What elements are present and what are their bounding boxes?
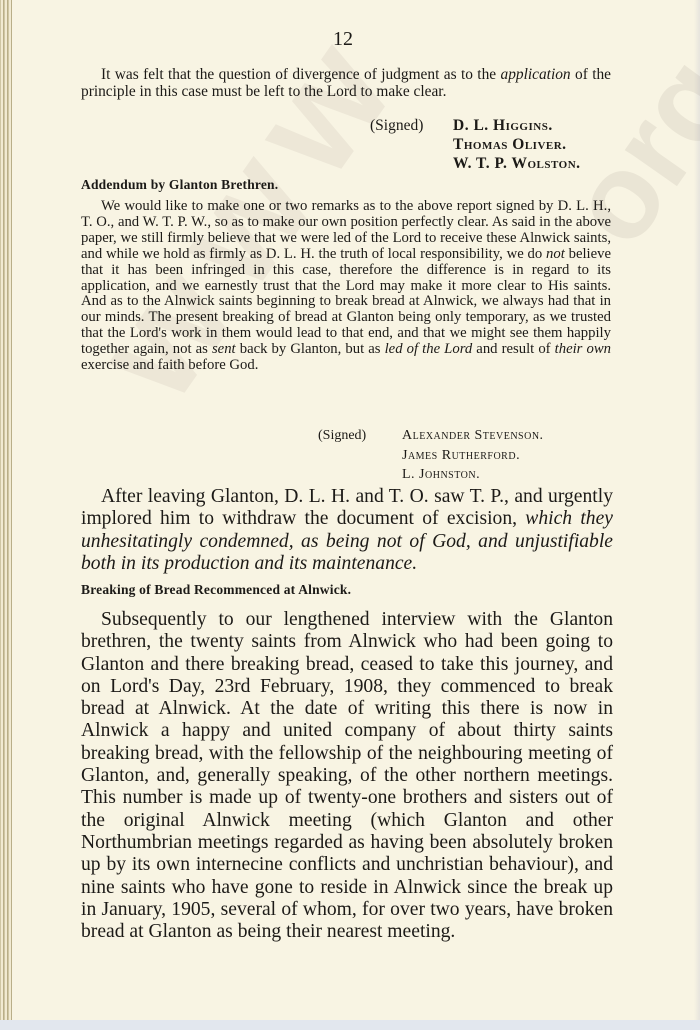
page-bottom-edge (0, 1020, 700, 1030)
intro-italic: application (501, 66, 571, 83)
signatory: Thomas Oliver. (453, 135, 581, 154)
signatories-list: Alexander Stevenson. James Rutherford. L… (402, 426, 544, 485)
book-binding-edge (0, 0, 12, 1020)
signatory: D. L. Higgins. (453, 116, 581, 135)
after-leaving-paragraph: After leaving Glanton, D. L. H. and T. O… (81, 486, 613, 575)
book-page: www org 12 It was felt that the question… (0, 0, 700, 1030)
signatories-list: D. L. Higgins. Thomas Oliver. W. T. P. W… (453, 116, 581, 173)
section-paragraph: Subsequently to our lengthened interview… (81, 609, 613, 943)
addendum-text: back by Glanton, but as (236, 341, 385, 357)
signatory: L. Johnston. (402, 465, 544, 485)
addendum-heading: Addendum by Glanton Brethren. (81, 177, 278, 193)
signatory: Alexander Stevenson. (402, 426, 544, 446)
signatory: James Rutherford. (402, 446, 544, 466)
page-number: 12 (333, 28, 353, 51)
addendum-italic: not (546, 246, 565, 262)
addendum-italic: their own (555, 341, 611, 357)
addendum-paragraph: We would like to make one or two remarks… (81, 199, 611, 374)
addendum-text: exercise and faith before God. (81, 357, 258, 373)
addendum-italic: sent (212, 341, 236, 357)
section-heading: Breaking of Bread Recommenced at Alnwick… (81, 582, 351, 598)
addendum-italic: led of the Lord (385, 341, 473, 357)
intro-paragraph: It was felt that the question of diverge… (81, 67, 611, 100)
addendum-text: and result of (472, 341, 554, 357)
signed-label: (Signed) (370, 116, 423, 135)
addendum-text: We would like to make one or two remarks… (81, 198, 611, 262)
signed-label: (Signed) (318, 426, 366, 446)
intro-text: It was felt that the question of diverge… (101, 66, 501, 83)
signatory: W. T. P. Wolston. (453, 154, 581, 173)
